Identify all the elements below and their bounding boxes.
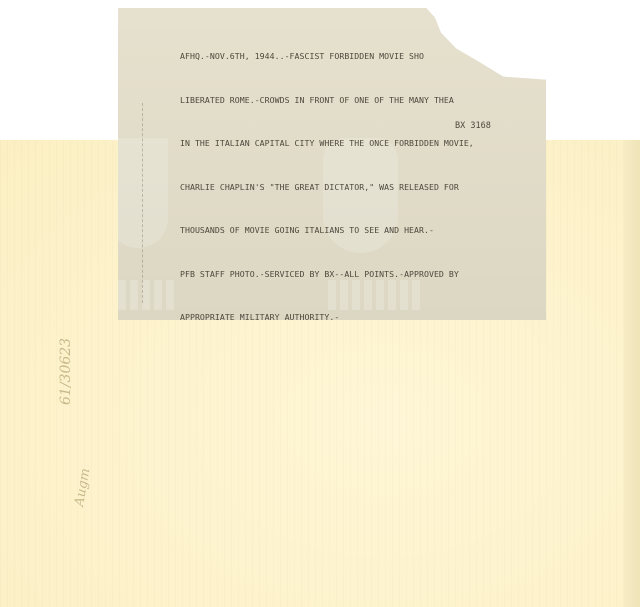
- margin-rule: [142, 103, 144, 303]
- handwritten-catalog-number: 61/30623: [58, 338, 74, 405]
- watermark-castle-left: [118, 280, 178, 310]
- caption-line: IN THE ITALIAN CAPITAL CITY WHERE THE ON…: [180, 136, 510, 151]
- caption-sheet: AFHQ.-NOV.6th, 1944..-FASCIST FORBIDDEN …: [118, 8, 546, 320]
- caption-line: PFB STAFF PHOTO.-SERVICED BY BX--ALL POI…: [180, 267, 510, 282]
- caption-text: AFHQ.-NOV.6th, 1944..-FASCIST FORBIDDEN …: [180, 20, 510, 354]
- caption-line: THOUSANDS OF MOVIE GOING ITALIANS TO SEE…: [180, 223, 510, 238]
- caption-line: AFHQ.-NOV.6th, 1944..-FASCIST FORBIDDEN …: [180, 49, 510, 64]
- caption-line: LIBERATED ROME.-CROWDS IN FRONT OF ONE O…: [180, 93, 510, 108]
- reference-number: BX 3168: [455, 121, 491, 131]
- caption-line: CHARLIE CHAPLIN'S "THE GREAT DICTATOR," …: [180, 180, 510, 195]
- backing-card-edge: [624, 140, 640, 607]
